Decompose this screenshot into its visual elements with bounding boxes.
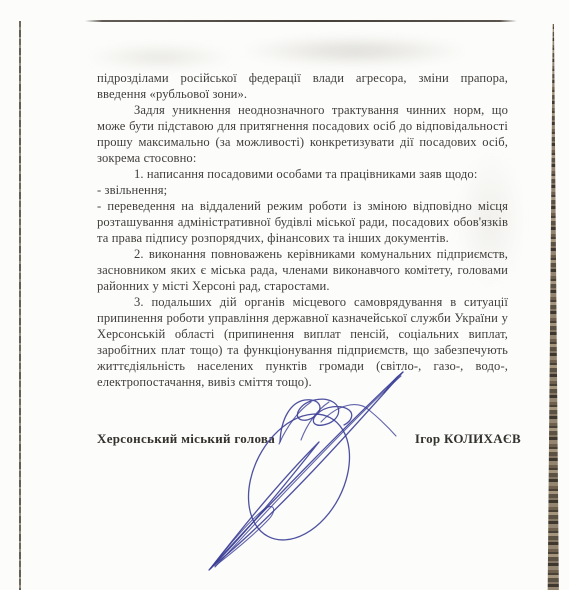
- scanned-document-page: підрозділами російської федерації влади …: [0, 0, 569, 590]
- handwritten-signature-ink: [183, 352, 415, 590]
- signer-name: Ігор КОЛИХАЄВ: [415, 430, 521, 447]
- scan-edge-left: [19, 21, 21, 590]
- document-paragraph: - звільнення;: [97, 182, 508, 198]
- document-body: підрозділами російської федерації влади …: [97, 70, 508, 390]
- document-paragraph: 2. виконання повноважень керівниками ком…: [97, 246, 508, 294]
- scan-edge-top: [85, 20, 517, 22]
- document-paragraph: 1. написання посадовими особами та праці…: [97, 166, 508, 182]
- document-paragraph: Задля уникнення неоднозначного трактуван…: [97, 102, 508, 166]
- scan-edge-right: [546, 24, 560, 590]
- scan-smudge: [240, 36, 470, 66]
- document-paragraph: підрозділами російської федерації влади …: [97, 70, 508, 102]
- document-paragraph: - переведення на віддалений режим роботи…: [97, 198, 508, 246]
- scan-smudge: [85, 44, 235, 70]
